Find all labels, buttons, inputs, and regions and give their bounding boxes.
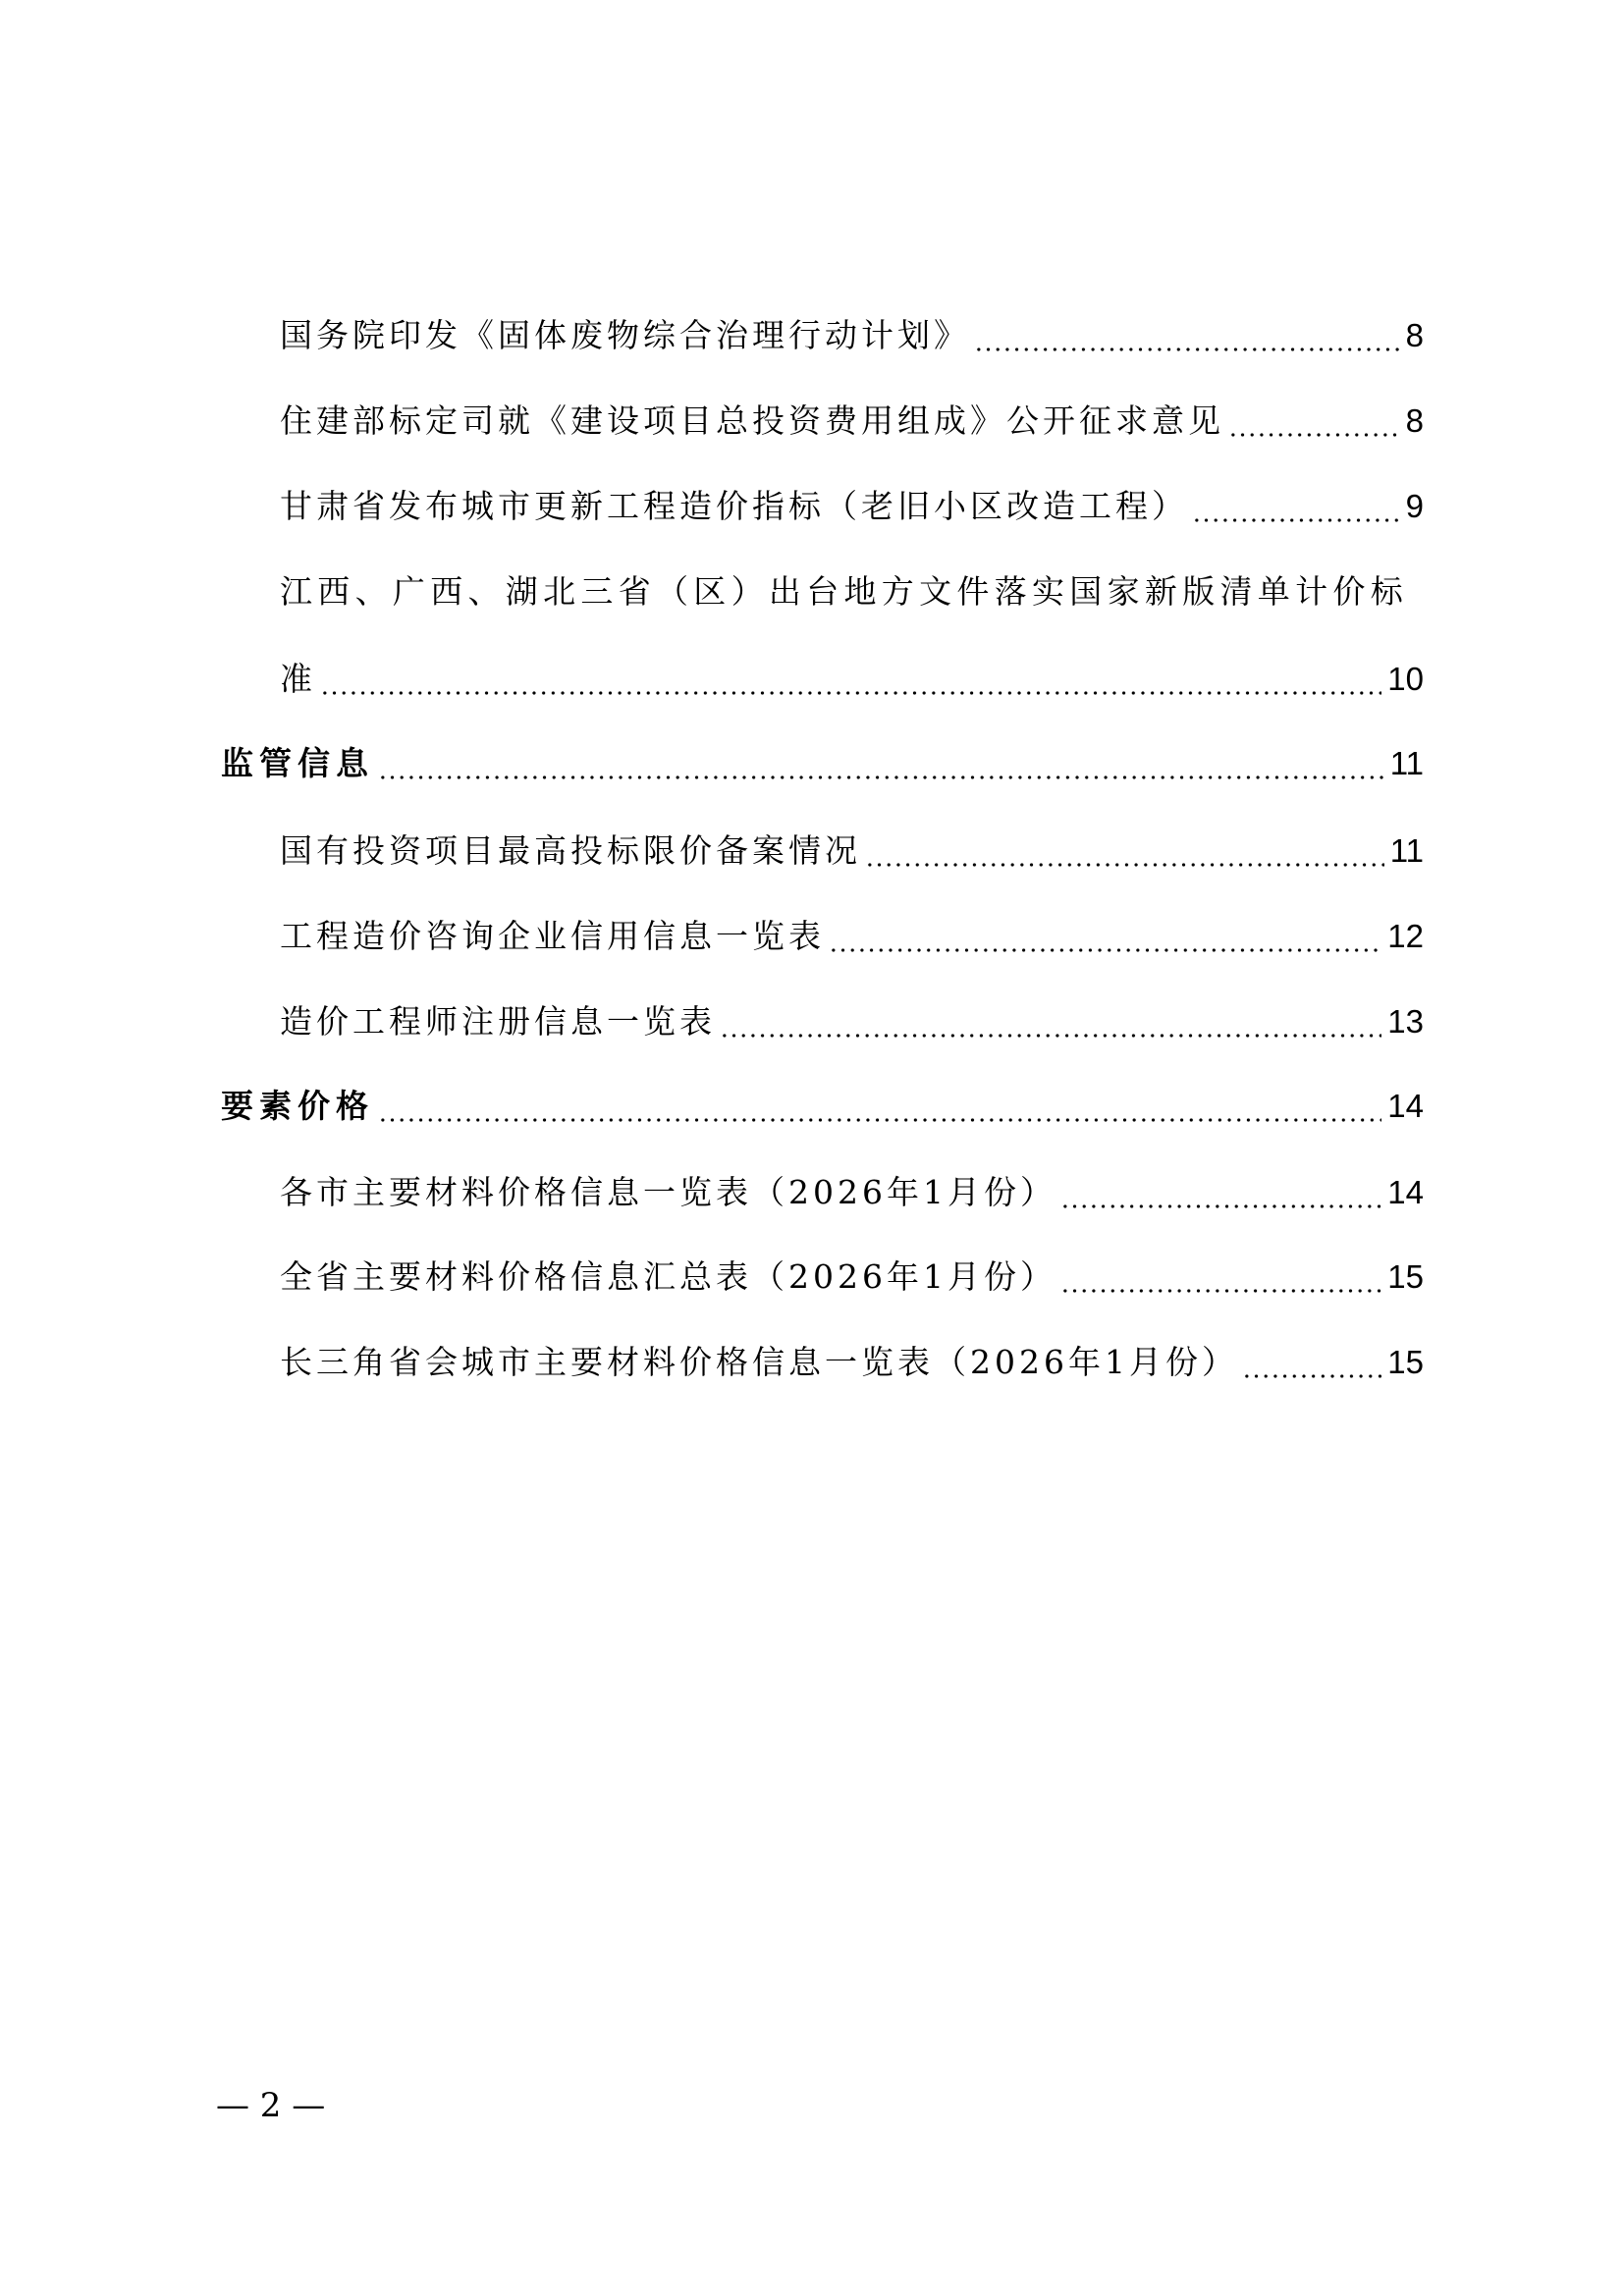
toc-entry[interactable]: 住建部标定司就《建设项目总投资费用组成》公开征求意见 8 bbox=[280, 392, 1424, 441]
toc-entry-page: 10 bbox=[1387, 660, 1424, 699]
toc-entry-page: 13 bbox=[1387, 1002, 1424, 1041]
toc-entry[interactable]: 长三角省会城市主要材料价格信息一览表（2026年1月份） 15 bbox=[280, 1333, 1424, 1382]
toc-entry-title: 造价工程师注册信息一览表 bbox=[280, 1002, 716, 1041]
toc-entry-title: 全省主要材料价格信息汇总表（2026年1月份） bbox=[280, 1257, 1056, 1297]
toc-entry-page: 14 bbox=[1387, 1087, 1424, 1126]
dot-leader bbox=[829, 917, 1381, 956]
toc-entry[interactable]: 工程造价咨询企业信用信息一览表 12 bbox=[280, 907, 1424, 956]
toc-entry-page: 12 bbox=[1387, 917, 1424, 956]
toc-entry-page: 15 bbox=[1387, 1257, 1424, 1297]
dot-leader bbox=[974, 316, 1400, 355]
toc-entry-title: 江西、广西、湖北三省（区）出台地方文件落实国家新版清单计价标 bbox=[280, 572, 1408, 612]
toc-entry-title: 甘肃省发布城市更新工程造价指标（老旧小区改造工程） bbox=[280, 487, 1188, 526]
dot-leader bbox=[720, 1002, 1381, 1041]
toc-section-heading[interactable]: 监管信息 11 bbox=[221, 734, 1424, 783]
toc-entry-title: 工程造价咨询企业信用信息一览表 bbox=[280, 917, 825, 956]
toc-entry-line2[interactable]: 准 10 bbox=[280, 650, 1424, 699]
dot-leader bbox=[378, 744, 1384, 783]
dot-leader bbox=[1060, 1257, 1381, 1297]
dot-leader bbox=[1192, 487, 1400, 526]
dot-leader bbox=[1060, 1173, 1381, 1212]
toc-section-title: 监管信息 bbox=[221, 744, 374, 783]
dot-leader bbox=[320, 660, 1381, 699]
toc-entry-page: 11 bbox=[1390, 744, 1424, 783]
toc-entry-title: 国务院印发《固体废物综合治理行动计划》 bbox=[280, 316, 970, 355]
toc-entry-title: 准 bbox=[280, 660, 316, 699]
toc-section-heading[interactable]: 要素价格 14 bbox=[221, 1077, 1424, 1126]
toc-entry[interactable]: 各市主要材料价格信息一览表（2026年1月份） 14 bbox=[280, 1163, 1424, 1212]
toc-entry[interactable]: 国务院印发《固体废物综合治理行动计划》 8 bbox=[280, 306, 1424, 355]
toc-section-title: 要素价格 bbox=[221, 1087, 374, 1126]
page-number-footer: — 2 — bbox=[216, 2081, 325, 2130]
toc-entry[interactable]: 国有投资项目最高投标限价备案情况 11 bbox=[280, 822, 1424, 871]
dot-leader bbox=[1228, 401, 1400, 441]
toc-entry[interactable]: 甘肃省发布城市更新工程造价指标（老旧小区改造工程） 9 bbox=[280, 477, 1424, 526]
toc-entry-line1[interactable]: 江西、广西、湖北三省（区）出台地方文件落实国家新版清单计价标 bbox=[280, 562, 1424, 612]
toc-entry-title: 住建部标定司就《建设项目总投资费用组成》公开征求意见 bbox=[280, 401, 1224, 441]
dot-leader bbox=[1242, 1343, 1381, 1382]
toc-entry-page: 11 bbox=[1390, 831, 1424, 871]
toc-entry[interactable]: 全省主要材料价格信息汇总表（2026年1月份） 15 bbox=[280, 1248, 1424, 1297]
toc-entry[interactable]: 造价工程师注册信息一览表 13 bbox=[280, 992, 1424, 1041]
toc-entry-title: 国有投资项目最高投标限价备案情况 bbox=[280, 831, 861, 871]
toc-entry-page: 8 bbox=[1406, 316, 1424, 355]
dot-leader bbox=[378, 1087, 1381, 1126]
toc-entry-page: 14 bbox=[1387, 1173, 1424, 1212]
toc-entry-page: 9 bbox=[1406, 487, 1424, 526]
toc-entry-page: 8 bbox=[1406, 401, 1424, 441]
toc-entry-page: 15 bbox=[1387, 1343, 1424, 1382]
toc-entry-title: 长三角省会城市主要材料价格信息一览表（2026年1月份） bbox=[280, 1343, 1238, 1382]
toc-entry-title: 各市主要材料价格信息一览表（2026年1月份） bbox=[280, 1173, 1056, 1212]
dot-leader bbox=[865, 831, 1384, 871]
